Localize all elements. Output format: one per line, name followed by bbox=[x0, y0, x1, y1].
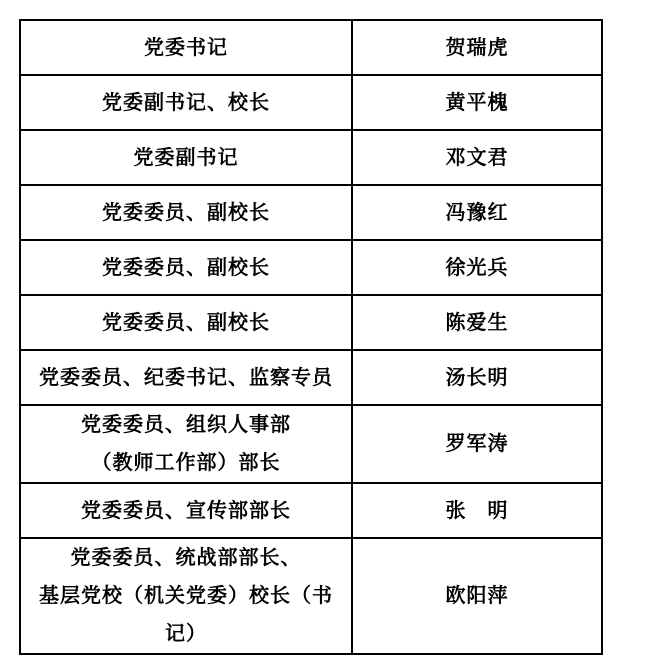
table-row: 党委副书记 邓文君 bbox=[20, 130, 602, 185]
name-cell: 贺瑞虎 bbox=[352, 20, 602, 75]
position-cell: 党委委员、副校长 bbox=[20, 295, 352, 350]
name-cell: 欧阳萍 bbox=[352, 538, 602, 654]
position-cell: 党委委员、统战部部长、 基层党校（机关党委）校长（书记） bbox=[20, 538, 352, 654]
table-row: 党委副书记、校长 黄平槐 bbox=[20, 75, 602, 130]
page: 党委书记 贺瑞虎 党委副书记、校长 黄平槐 党委副书记 邓文君 党委委员、副校长… bbox=[0, 0, 646, 640]
name-cell: 汤长明 bbox=[352, 350, 602, 405]
table-row: 党委委员、纪委书记、监察专员 汤长明 bbox=[20, 350, 602, 405]
table-row: 党委委员、副校长 冯豫红 bbox=[20, 185, 602, 240]
position-cell: 党委委员、纪委书记、监察专员 bbox=[20, 350, 352, 405]
position-cell: 党委委员、宣传部部长 bbox=[20, 483, 352, 538]
name-cell: 黄平槐 bbox=[352, 75, 602, 130]
position-cell: 党委委员、组织人事部 （教师工作部）部长 bbox=[20, 405, 352, 483]
position-cell: 党委书记 bbox=[20, 20, 352, 75]
table-row: 党委委员、宣传部部长 张 明 bbox=[20, 483, 602, 538]
table-row: 党委委员、副校长 陈爱生 bbox=[20, 295, 602, 350]
position-cell: 党委委员、副校长 bbox=[20, 240, 352, 295]
table-row: 党委委员、副校长 徐光兵 bbox=[20, 240, 602, 295]
name-cell: 罗军涛 bbox=[352, 405, 602, 483]
table-row: 党委书记 贺瑞虎 bbox=[20, 20, 602, 75]
position-cell: 党委副书记、校长 bbox=[20, 75, 352, 130]
name-cell: 邓文君 bbox=[352, 130, 602, 185]
name-cell: 陈爱生 bbox=[352, 295, 602, 350]
position-cell: 党委委员、副校长 bbox=[20, 185, 352, 240]
table-row: 党委委员、统战部部长、 基层党校（机关党委）校长（书记） 欧阳萍 bbox=[20, 538, 602, 654]
position-cell: 党委副书记 bbox=[20, 130, 352, 185]
name-cell: 徐光兵 bbox=[352, 240, 602, 295]
table-row: 党委委员、组织人事部 （教师工作部）部长 罗军涛 bbox=[20, 405, 602, 483]
name-cell: 冯豫红 bbox=[352, 185, 602, 240]
leadership-table: 党委书记 贺瑞虎 党委副书记、校长 黄平槐 党委副书记 邓文君 党委委员、副校长… bbox=[19, 19, 603, 655]
name-cell: 张 明 bbox=[352, 483, 602, 538]
